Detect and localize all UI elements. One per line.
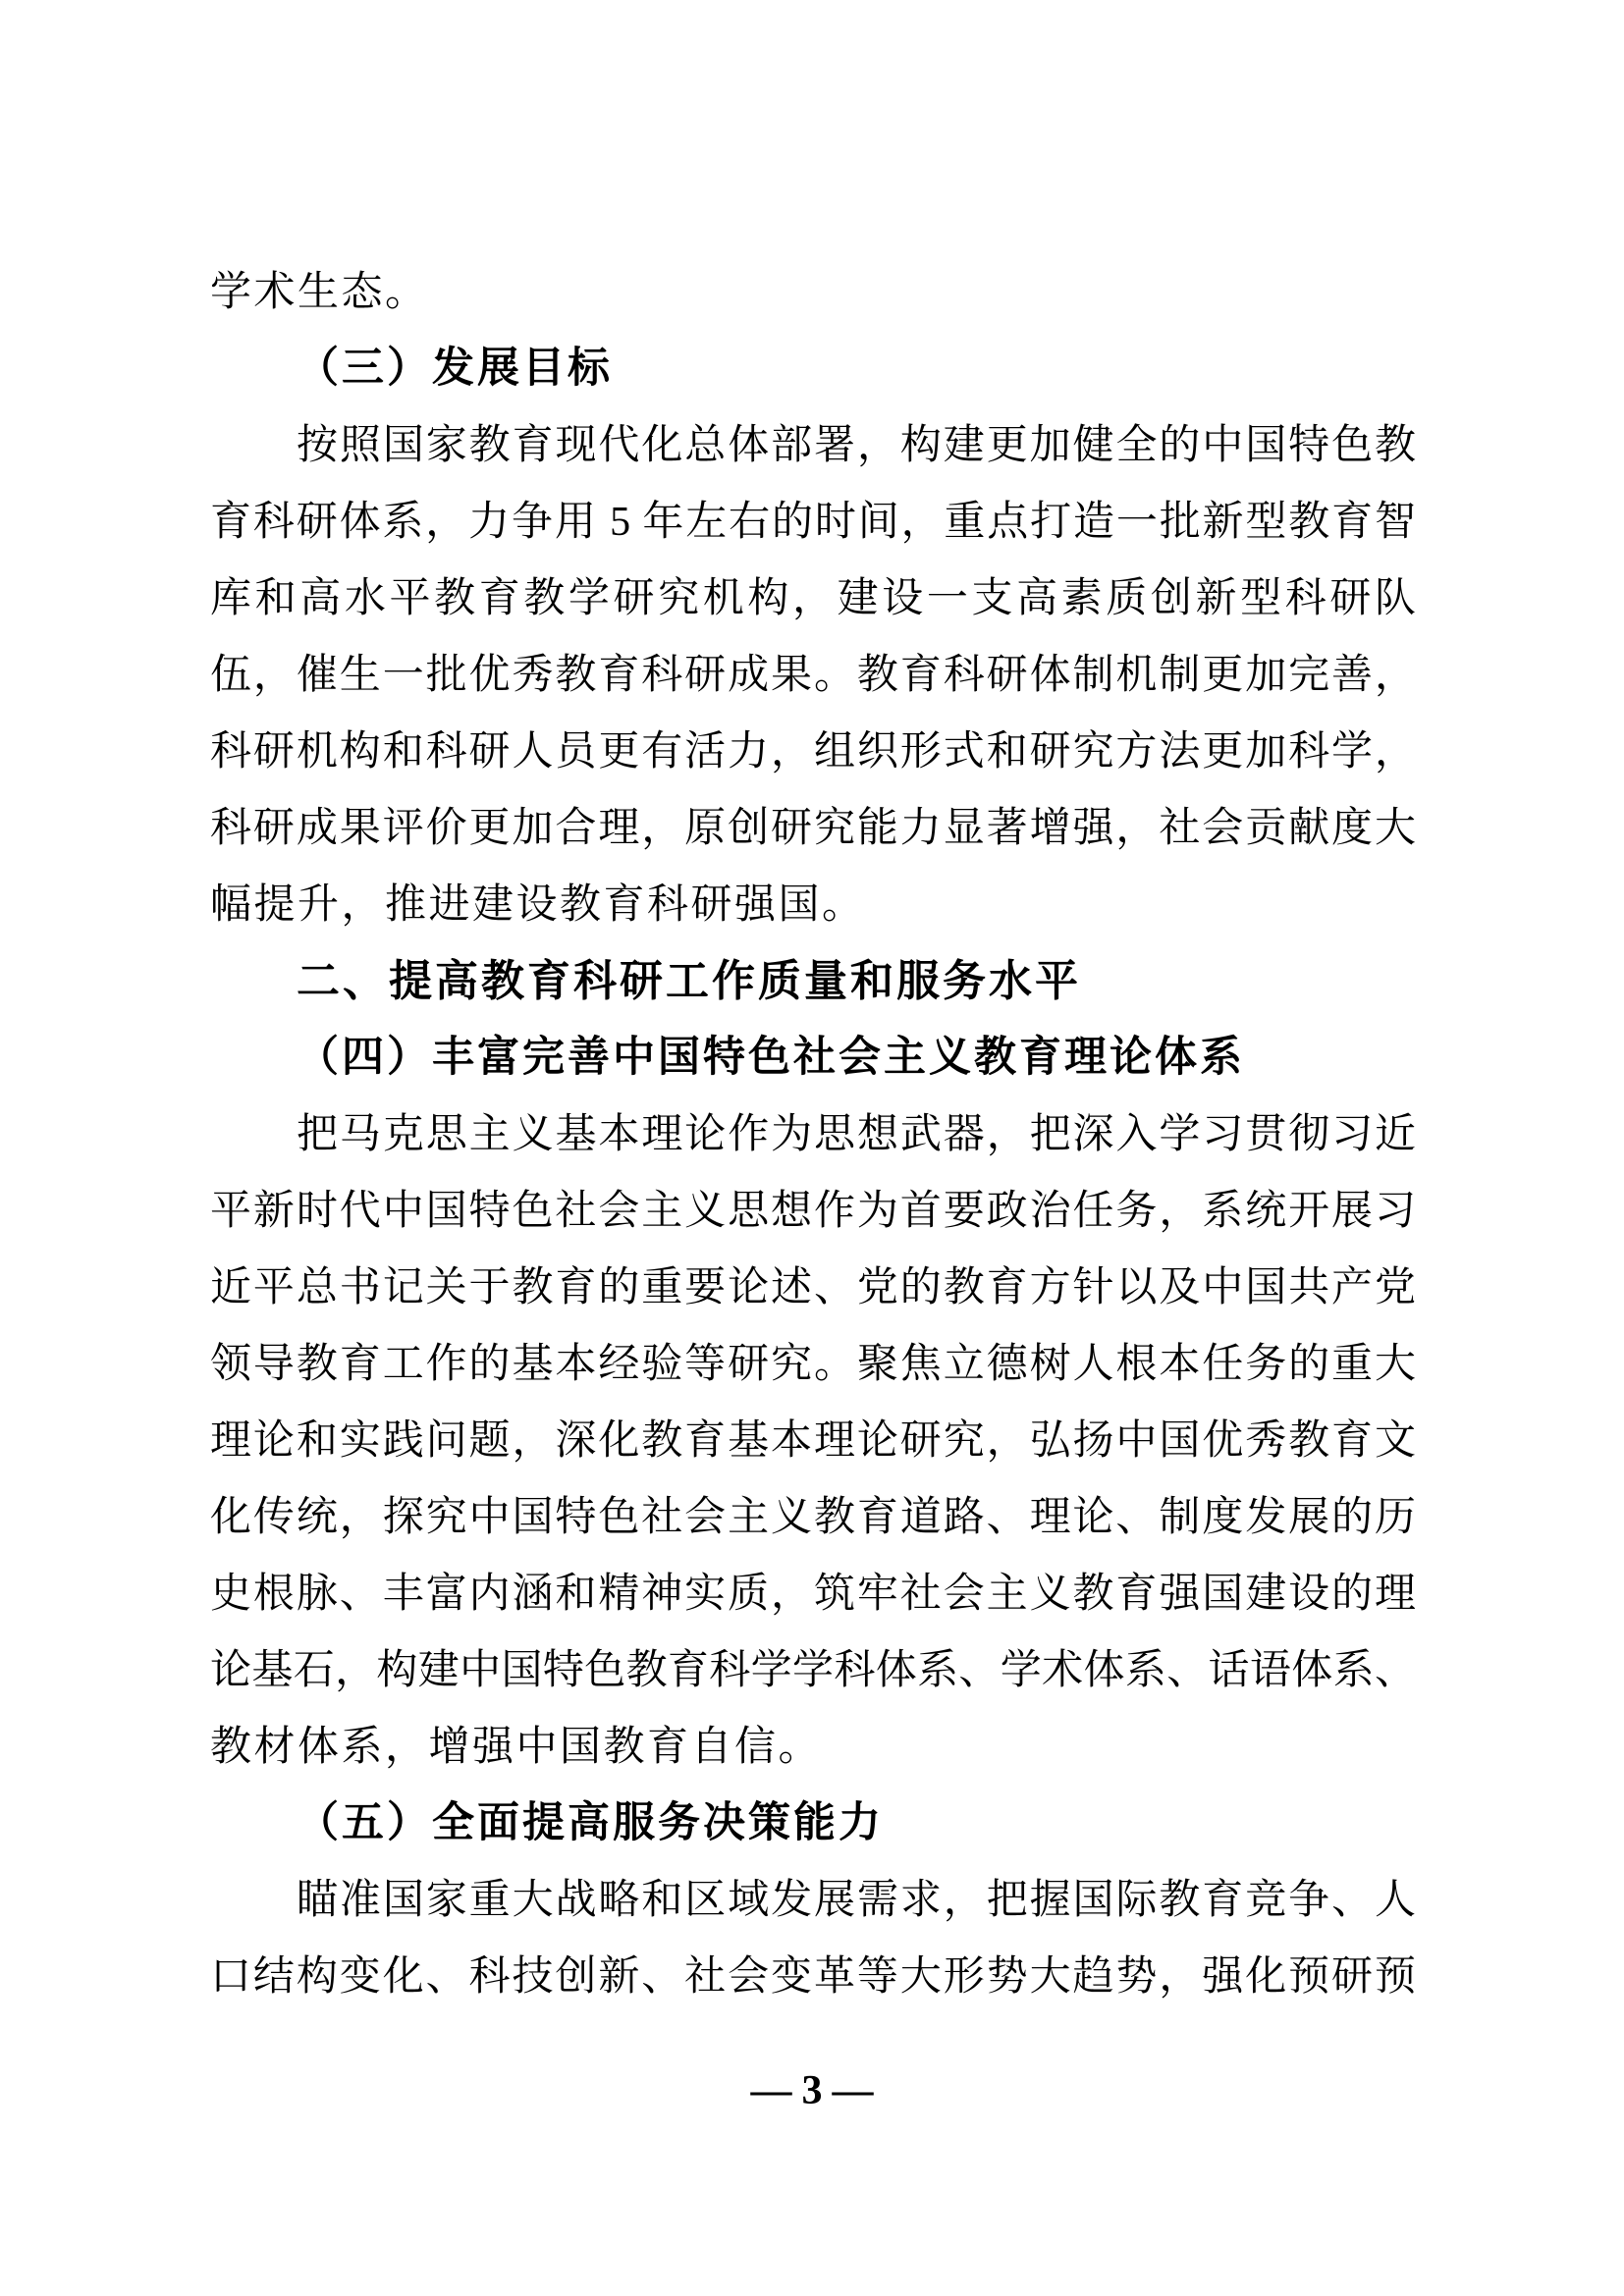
text-line: 口结构变化、科技创新、社会变革等大形势大趋势，强化预研预 xyxy=(210,1939,1416,2015)
text-line: 教材体系，增强中国教育自信。 xyxy=(210,1709,1416,1786)
text-line: 史根脉、丰富内涵和精神实质，筑牢社会主义教育强国建设的理 xyxy=(210,1556,1416,1632)
text-line: 领导教育工作的基本经验等研究。聚焦立德树人根本任务的重大 xyxy=(210,1326,1416,1403)
text-line: 育科研体系，力争用 5 年左右的时间，重点打造一批新型教育智 xyxy=(210,484,1416,561)
subsection-heading: （四）丰富完善中国特色社会主义教育理论体系 xyxy=(210,1020,1416,1096)
subsection-heading: （三）发展目标 xyxy=(210,331,1416,407)
text-line: 按照国家教育现代化总体部署，构建更加健全的中国特色教 xyxy=(210,407,1416,484)
text-line: 幅提升，推进建设教育科研强国。 xyxy=(210,867,1416,943)
footer-dash-left: — xyxy=(751,2068,792,2113)
page-number: 3 xyxy=(802,2068,823,2113)
document-body: 学术生态。（三）发展目标按照国家教育现代化总体部署，构建更加健全的中国特色教育科… xyxy=(210,254,1416,2015)
text-line: 化传统，探究中国特色社会主义教育道路、理论、制度发展的历 xyxy=(210,1479,1416,1556)
text-line: 瞄准国家重大战略和区域发展需求，把握国际教育竞争、人 xyxy=(210,1862,1416,1939)
text-line: 科研成果评价更加合理，原创研究能力显著增强，社会贡献度大 xyxy=(210,790,1416,867)
text-line: 近平总书记关于教育的重要论述、党的教育方针以及中国共产党 xyxy=(210,1250,1416,1326)
text-line: 理论和实践问题，深化教育基本理论研究，弘扬中国优秀教育文 xyxy=(210,1403,1416,1479)
section-heading: 二、提高教育科研工作质量和服务水平 xyxy=(210,943,1416,1020)
text-line: 科研机构和科研人员更有活力，组织形式和研究方法更加科学， xyxy=(210,714,1416,790)
page-footer: —3— xyxy=(0,2067,1624,2114)
text-line: 学术生态。 xyxy=(210,254,1416,331)
document-page: 学术生态。（三）发展目标按照国家教育现代化总体部署，构建更加健全的中国特色教育科… xyxy=(0,0,1624,2296)
text-line: 论基石，构建中国特色教育科学学科体系、学术体系、话语体系、 xyxy=(210,1632,1416,1709)
footer-dash-right: — xyxy=(833,2068,874,2113)
text-line: 平新时代中国特色社会主义思想作为首要政治任务，系统开展习 xyxy=(210,1173,1416,1250)
text-line: 库和高水平教育教学研究机构，建设一支高素质创新型科研队 xyxy=(210,561,1416,637)
text-line: 把马克思主义基本理论作为思想武器，把深入学习贯彻习近 xyxy=(210,1096,1416,1173)
subsection-heading: （五）全面提高服务决策能力 xyxy=(210,1786,1416,1862)
text-line: 伍，催生一批优秀教育科研成果。教育科研体制机制更加完善， xyxy=(210,637,1416,714)
